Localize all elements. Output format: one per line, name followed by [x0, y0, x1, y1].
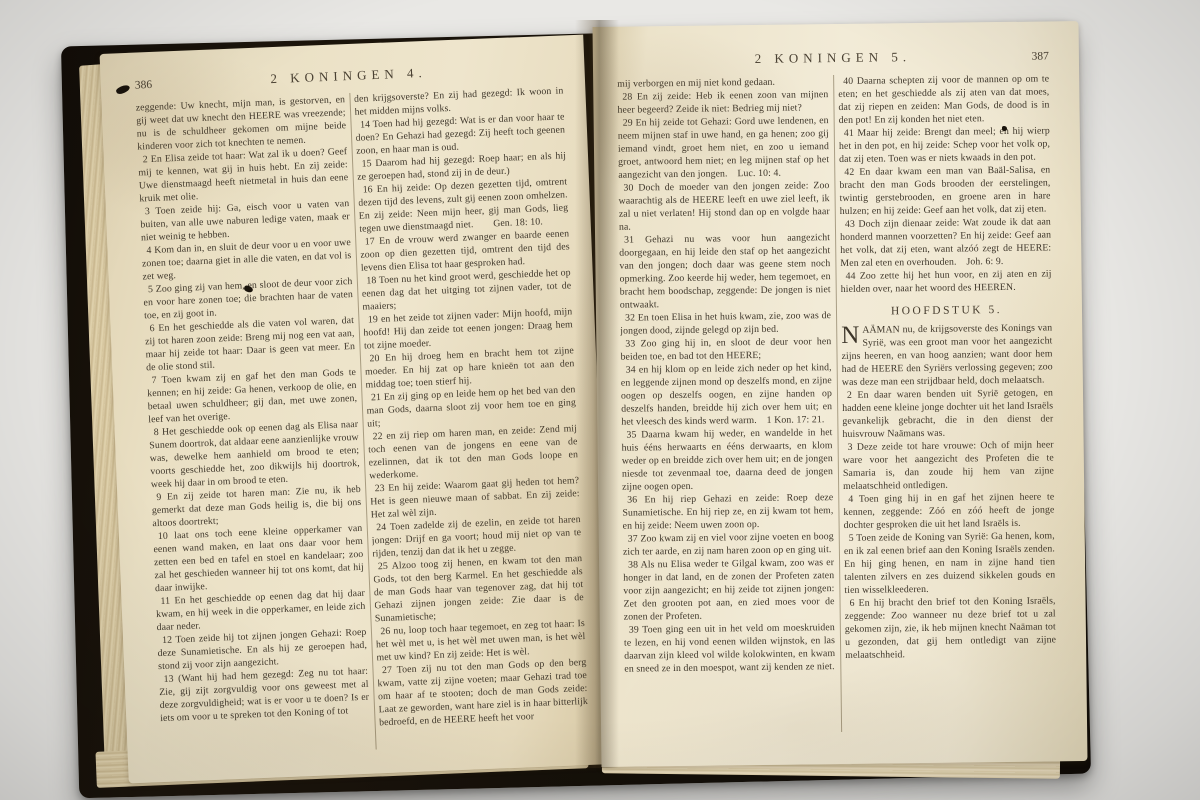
left-page: 386 2 KONINGEN 4. zeggende: Uw knecht, m…	[100, 35, 613, 784]
right-page-column-1: mij verborgen en mij niet kond gedaan. 2…	[617, 75, 836, 748]
ink-speck	[1002, 126, 1007, 131]
left-page-column-1: zeggende: Uw knecht, mijn man, is gestor…	[135, 93, 371, 771]
bible-text-column: zeggende: Uw knecht, mijn man, is gestor…	[135, 93, 369, 725]
bible-text-column: 40 Daarna schepten zij voor de mannen op…	[838, 72, 1052, 296]
running-title-left: 2 KONINGEN 4.	[182, 61, 514, 90]
right-page-column-2: 40 Daarna schepten zij voor de mannen op…	[838, 72, 1057, 745]
bible-text-column: mij verborgen en mij niet kond gedaan. 2…	[617, 75, 835, 676]
left-page-column-2: den krijgsoverste? En zij had gezegd: Ik…	[354, 84, 590, 762]
bible-text-column: AÄMAN nu, de krijgsoverste des Konings v…	[841, 321, 1056, 662]
running-title-right: 2 KONINGEN 5.	[665, 48, 1001, 68]
chapter-5-opening: N AÄMAN nu, de krijgsoverste des Konings…	[841, 321, 1056, 662]
page-number-left: 386	[135, 78, 183, 92]
book-photo: 386 2 KONINGEN 4. zeggende: Uw knecht, m…	[0, 0, 1200, 800]
right-page: 2 KONINGEN 5. 387 mij verborgen en mij n…	[592, 21, 1087, 767]
page-number-right: 387	[1001, 50, 1049, 63]
bible-text-column: den krijgsoverste? En zij had gezegd: Ik…	[354, 84, 589, 729]
drop-cap: N	[841, 324, 862, 346]
running-head-right: 2 KONINGEN 5. 387	[617, 47, 1049, 68]
chapter-heading: HOOFDSTUK 5.	[841, 303, 1052, 318]
